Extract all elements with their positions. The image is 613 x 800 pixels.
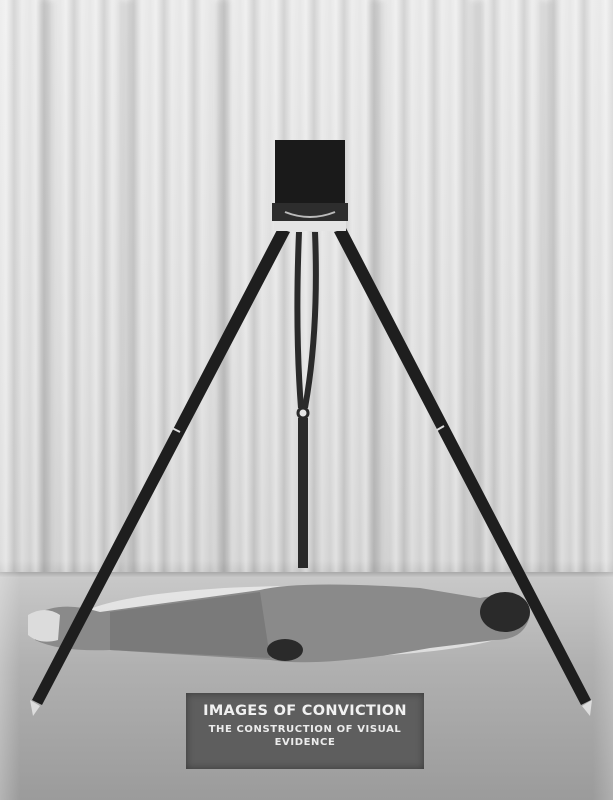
photo-illustration bbox=[0, 0, 613, 800]
book-subtitle: THE CONSTRUCTION OF VISUAL EVIDENCE bbox=[205, 723, 405, 749]
book-title: IMAGES OF CONVICTION bbox=[203, 703, 407, 719]
book-subtitle-line-2: EVIDENCE bbox=[205, 736, 405, 749]
book-cover: IMAGES OF CONVICTION THE CONSTRUCTION OF… bbox=[0, 0, 613, 800]
camera bbox=[272, 140, 348, 231]
reclining-figure bbox=[28, 584, 530, 662]
book-subtitle-line-1: THE CONSTRUCTION OF VISUAL bbox=[205, 723, 405, 736]
title-label: IMAGES OF CONVICTION THE CONSTRUCTION OF… bbox=[186, 693, 424, 769]
